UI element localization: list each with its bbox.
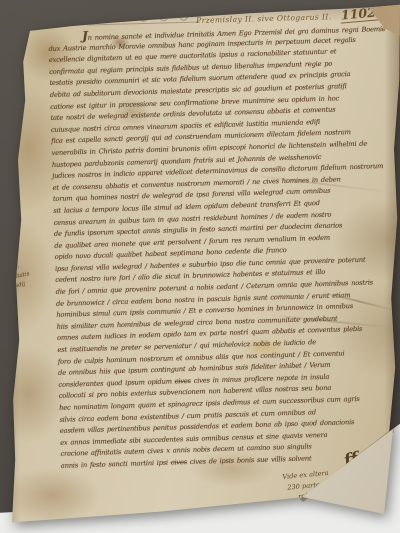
margin-note: forū: civitatis studij [5, 256, 56, 292]
parchment-page: Przemislay II. sive Ottogarus II. 1102 J… [0, 0, 400, 533]
parchment-recto: Przemislay II. sive Ottogarus II. 1102 J… [0, 0, 400, 533]
pencil-inscription [86, 11, 208, 29]
manuscript-body: Jn nomine sancte et individue trinitatis… [48, 22, 383, 472]
manuscript-photo: Przemislay II. sive Ottogarus II. 1102 J… [0, 0, 400, 533]
